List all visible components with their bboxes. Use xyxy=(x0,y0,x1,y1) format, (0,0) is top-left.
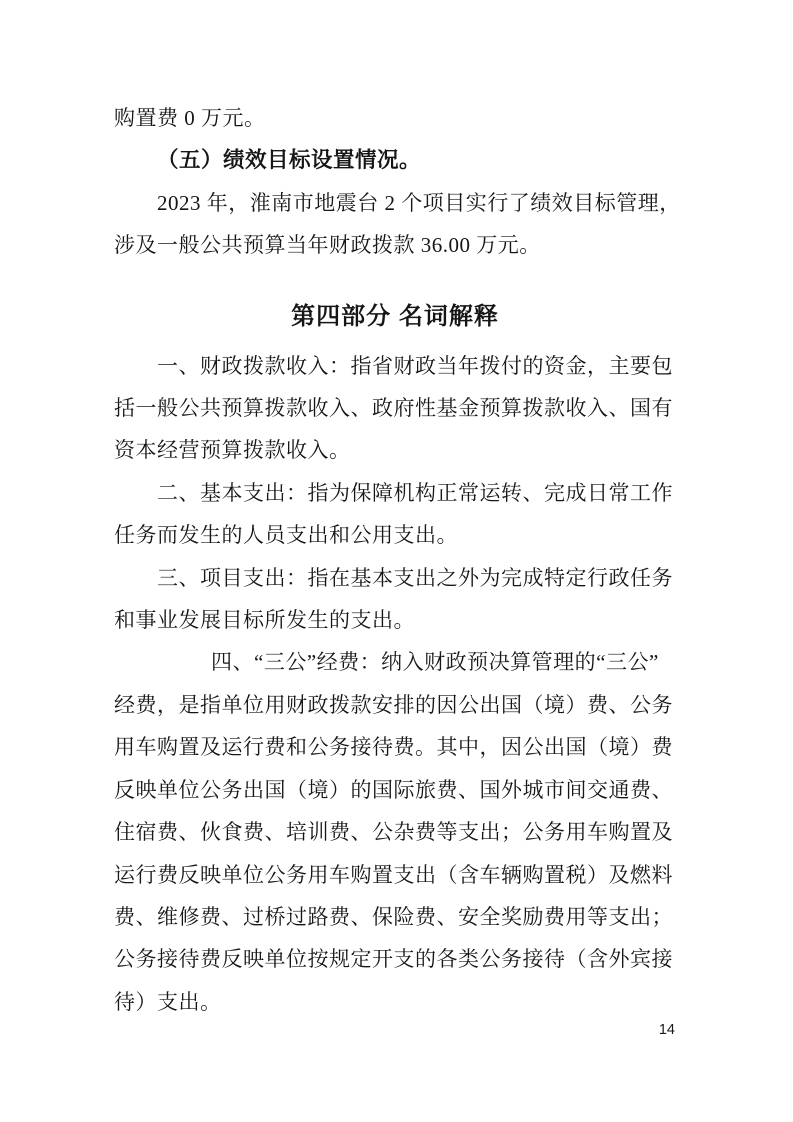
performance-paragraph-line: 2023 年，淮南市地震台 2 个项目实行了绩效目标管理， xyxy=(114,182,676,224)
definition-basic-expenditure: 二、基本支出：指为保障机构正常运转、完成日常工作 任务而发生的人员支出和公用支出… xyxy=(114,472,676,557)
page-number: 14 xyxy=(659,1022,675,1038)
subsection-heading-performance-targets: （五）绩效目标设置情况。 xyxy=(114,139,676,181)
text-line: 经费，是指单位用财政拨款安排的因公出国（境）费、公务 xyxy=(114,684,676,726)
text-line: 二、基本支出：指为保障机构正常运转、完成日常工作 xyxy=(114,472,676,514)
text-line: 用车购置及运行费和公务接待费。其中，因公出国（境）费 xyxy=(114,726,676,768)
text-line: 任务而发生的人员支出和公用支出。 xyxy=(114,514,676,556)
text-line: 四、“三公”经费：纳入财政预决算管理的“三公” xyxy=(114,641,676,683)
definition-fiscal-appropriation-income: 一、财政拨款收入：指省财政当年拨付的资金，主要包 括一般公共预算拨款收入、政府性… xyxy=(114,345,676,472)
leading-paragraph-tail: 购置费 0 万元。 xyxy=(114,97,676,139)
text-line: 住宿费、伙食费、培训费、公杂费等支出；公务用车购置及 xyxy=(114,811,676,853)
text-line: 运行费反映单位公务用车购置支出（含车辆购置税）及燃料 xyxy=(114,854,676,896)
text-line: 费、维修费、过桥过路费、保险费、安全奖励费用等支出； xyxy=(114,896,676,938)
document-text-block: 购置费 0 万元。 （五）绩效目标设置情况。 2023 年，淮南市地震台 2 个… xyxy=(114,0,676,1023)
text-line: 资本经营预算拨款收入。 xyxy=(114,429,676,471)
text-line: 待）支出。 xyxy=(114,981,676,1023)
text-line: 公务接待费反映单位按规定开支的各类公务接待（含外宾接 xyxy=(114,938,676,980)
text-line: 三、项目支出：指在基本支出之外为完成特定行政任务 xyxy=(114,557,676,599)
performance-paragraph-line: 涉及一般公共预算当年财政拨款 36.00 万元。 xyxy=(114,224,676,266)
text-line: 括一般公共预算拨款收入、政府性基金预算拨款收入、国有 xyxy=(114,387,676,429)
text-line: 反映单位公务出国（境）的国际旅费、国外城市间交通费、 xyxy=(114,769,676,811)
document-page: 购置费 0 万元。 （五）绩效目标设置情况。 2023 年，淮南市地震台 2 个… xyxy=(0,0,793,1122)
text-line: 一、财政拨款收入：指省财政当年拨付的资金，主要包 xyxy=(114,345,676,387)
definitions-list: 一、财政拨款收入：指省财政当年拨付的资金，主要包 括一般公共预算拨款收入、政府性… xyxy=(114,345,676,1024)
definition-project-expenditure: 三、项目支出：指在基本支出之外为完成特定行政任务 和事业发展目标所发生的支出。 xyxy=(114,557,676,642)
text-line: 和事业发展目标所发生的支出。 xyxy=(114,599,676,641)
definition-three-public-funds: 四、“三公”经费：纳入财政预决算管理的“三公” 经费，是指单位用财政拨款安排的因… xyxy=(114,641,676,1023)
section-heading-terminology: 第四部分 名词解释 xyxy=(114,293,676,341)
